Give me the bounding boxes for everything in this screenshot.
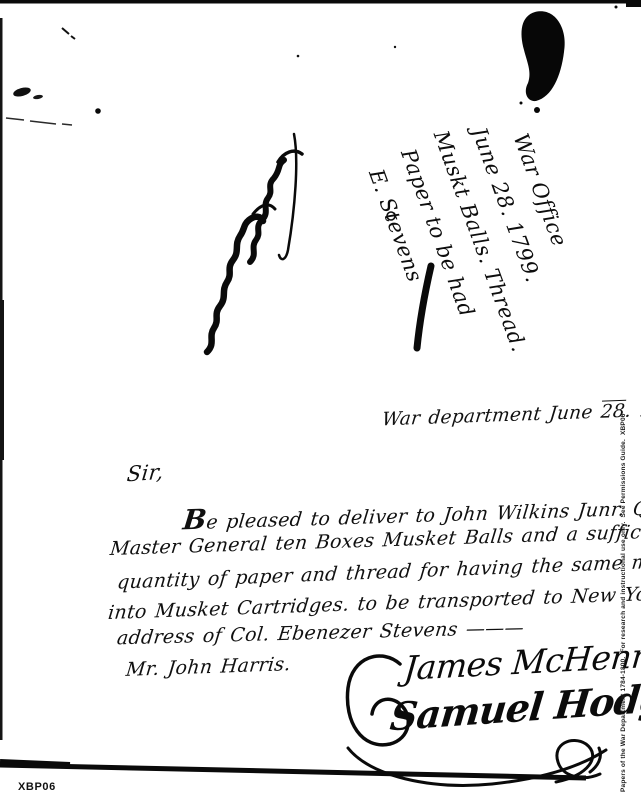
speck bbox=[297, 55, 300, 58]
scan-edge-top bbox=[0, 0, 631, 4]
page-id-label: XBP06 bbox=[18, 781, 56, 793]
rotated-signature-2 bbox=[207, 205, 275, 352]
scanned-letter-page: War Office June 28. 1799. Muskt Balls. T… bbox=[0, 0, 641, 800]
archive-edge-note: Papers of the War Department 1784-1800. … bbox=[620, 413, 627, 792]
ink-blot bbox=[522, 11, 565, 101]
rotated-signature-1 bbox=[250, 134, 302, 262]
speck-cluster bbox=[12, 86, 31, 98]
dateline-pre: War department June bbox=[381, 402, 602, 431]
speck bbox=[615, 6, 618, 9]
speck-streak bbox=[6, 118, 72, 125]
scan-edge-bottom bbox=[0, 765, 586, 778]
dateline: War department June 28. 1799 bbox=[381, 399, 641, 431]
signature-underline-flourish bbox=[348, 740, 606, 785]
salutation: Sir, bbox=[126, 460, 165, 487]
docket-notes: War Office June 28. 1799. Muskt Balls. T… bbox=[348, 100, 612, 400]
speck-cluster bbox=[33, 94, 44, 100]
scan-edge-left-thick bbox=[3, 300, 5, 460]
scan-edge-left bbox=[0, 18, 3, 740]
speck bbox=[394, 46, 396, 48]
addressee: Mr. John Harris. bbox=[125, 653, 292, 681]
ink-blot-satellite bbox=[534, 107, 540, 113]
speck-dashes bbox=[62, 28, 75, 39]
scan-edge-bottom-thick bbox=[0, 762, 70, 765]
speck bbox=[95, 108, 101, 114]
corner-mark bbox=[626, 0, 641, 7]
